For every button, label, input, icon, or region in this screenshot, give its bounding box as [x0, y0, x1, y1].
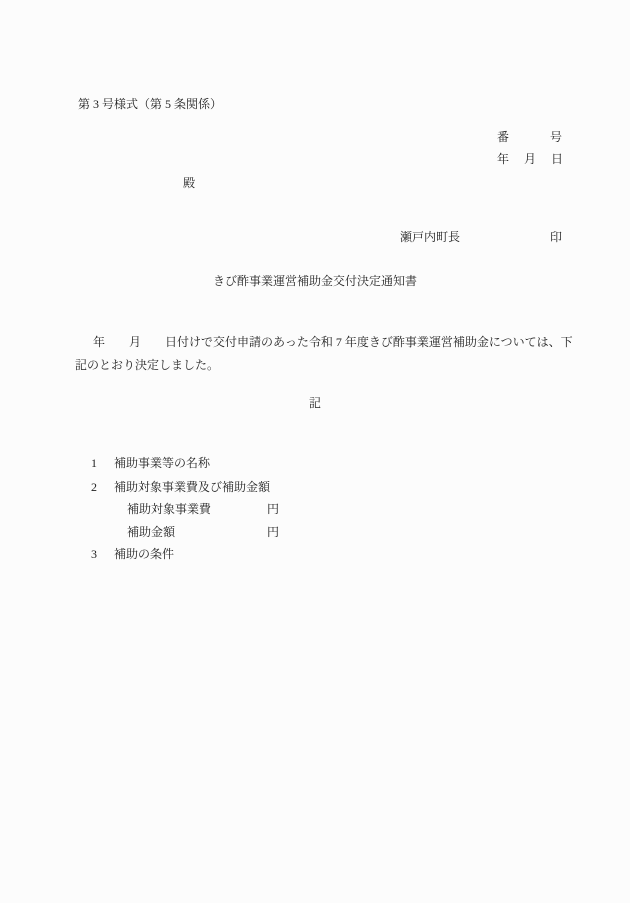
- list-item-3: 3補助の条件: [79, 533, 174, 575]
- date-year: 年: [497, 152, 509, 166]
- item-number: 2: [91, 480, 114, 494]
- seal-label: 印: [550, 230, 562, 244]
- date-month: 月: [524, 152, 536, 166]
- sub-item-unit: 円: [267, 525, 279, 539]
- item-number: 3: [91, 547, 114, 561]
- recipient-honorific: 殿: [183, 176, 195, 190]
- record-heading: 記: [0, 396, 630, 410]
- document-title: きび酢事業運営補助金交付決定通知書: [0, 274, 630, 288]
- form-number: 第 3 号様式（第 5 条関係）: [78, 97, 222, 111]
- date-day: 日: [551, 152, 563, 166]
- item-label: 補助の条件: [114, 547, 174, 561]
- document-page: 第 3 号様式（第 5 条関係） 番号 年月日 殿 瀬戸内町長印 きび酢事業運営…: [0, 0, 630, 903]
- body-line-1: 年 月 日付けで交付申請のあった令和 7 年度きび酢事業運営補助金については、下: [75, 335, 573, 349]
- sender-name: 瀬戸内町長: [400, 230, 460, 244]
- body-line-2: 記のとおり決定しました。: [75, 358, 219, 372]
- date-line: 年月日: [485, 138, 563, 180]
- sender-line: 瀬戸内町長印: [388, 216, 562, 258]
